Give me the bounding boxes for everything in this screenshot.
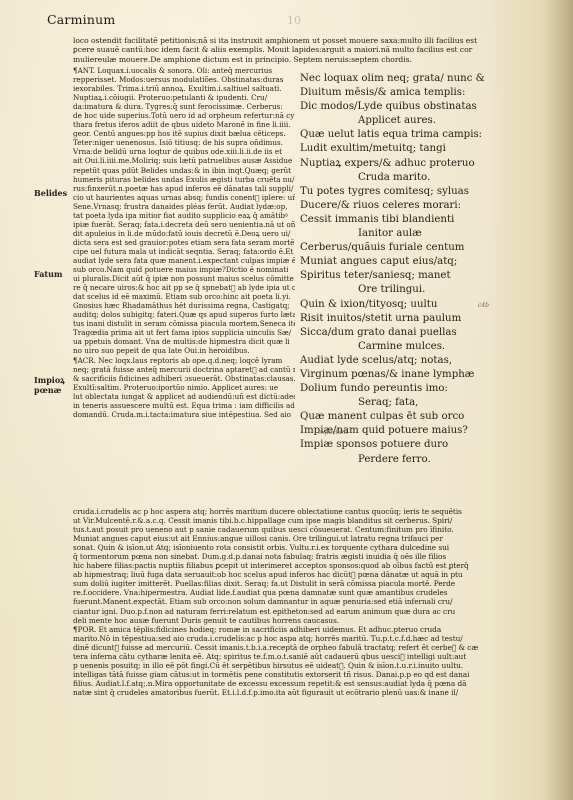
handwritten-annotation: expectant [318,429,348,436]
poem-verse: Muniat angues caput eius/atq; [300,255,540,269]
text-line: Nuptiaꝝ.i.cōiugii. Proteruo:petulanti & … [73,93,295,102]
poem-verse: Diuitum mēsis/& amica templis: [300,86,540,100]
text-line: Vrna:de belidū urna loqtur de quibus ode… [73,147,295,156]
text-line: deli mente hoc ausæ fuerunt Duris genuit… [73,616,505,625]
running-head: Carminum [47,12,115,27]
text-line: dit apuleius in li.de mūdo:fatū iouis de… [73,229,295,238]
gutter-shadow [545,0,573,800]
poem-verse: Dolium fundo pereuntis imo: [300,382,540,396]
poem-verse: Cruda marito. [300,171,540,185]
text-line: intelligas tātā fuisse giam cātus:ut in … [73,670,505,679]
text-line: ut Vir.Mulcentē.r.&.a.c.q. Cessit imanis… [73,516,505,525]
poem-verse: Perdere ferro. [300,453,540,467]
text-line: p uenenis posuitq; in illo eē pōt fingi.… [73,661,505,670]
text-line: dinē dicuntᷣ fuisse ad mercuriū. Cessit … [73,643,505,652]
text-line: q̄ tormentorum pœna non sinebat. Dum.g.d… [73,552,505,561]
text-line: iexorabiles. Trima.i.triū annoꝝ. Exultim… [73,84,295,93]
commentary-bottom-block: cruda.i.crudelis ac p hoc aspera atq; ho… [73,507,505,697]
text-line: sonat. Quin & isīon.ut Atq; isīoniuento … [73,543,505,552]
poem-verse: Quæ manent culpas ēt sub orco [300,410,540,424]
text-line: ¶POR. Et amica tēplis:fidicines hodieq; … [73,625,505,634]
text-line: filius. Audiat.l.f.atq;.n.Mira opportuni… [73,679,505,688]
text-line: sub orco.Nam quid potuere maius impiæ?Di… [73,265,295,274]
poem-verse: Impiæ sponsos potuere duro [300,438,540,452]
text-line: dat scelus id eē maximū. Etiam sub orco:… [73,292,295,301]
poem-verse: Applicet aures. [300,114,540,128]
text-line: ui pluralis.Dicit aūt q̄ ipiæ non possun… [73,274,295,283]
text-line: cio ut haurientes aquas urnas absq; fund… [73,193,295,202]
poem-verse: Ore trilingui. [300,283,540,297]
text-line: natæ sint q̄ crudeles amatoribus fuerūt.… [73,688,505,697]
text-line: dicta sera est sed grauior:potes etiam s… [73,238,295,247]
poem-verse: Spiritus teter/saniesq; manet [300,269,540,283]
text-line: da:imatura & dura. Tygres:q̄ sunt feroci… [73,102,295,111]
commentary-top-block: loco ostendit facilitatē petitionis:nā s… [73,36,505,64]
text-line: domandū. Cruda.m.i.tacta:imatura siue in… [73,410,295,419]
text-line: rus:finxerūt.n.poetæ has apud inferos eē… [73,184,295,193]
text-line: no uiro suo pepeit de qua late Oui.in he… [73,346,295,355]
text-line: Tragœdia prima ait ut fert fama ipios su… [73,328,295,337]
text-line: neq; gratā fuisse anteq̄ mercurii doctri… [73,365,295,374]
poem-verse: Risit inuitos/stetit urna paulum [300,312,540,326]
text-line: thara fretus iferos adiit de qbus uideto… [73,120,295,129]
text-line: marito.Nō in tēpestiua:sed aio cruda.i.c… [73,634,505,643]
poem-verse: Tu potes tygres comitesq; syluas [300,185,540,199]
text-line: & sacrificiis fidicines adhiberi ɔsueuer… [73,374,295,383]
text-line: ait Oui.li.iiii.me.Moliriq; suis lætū pa… [73,156,295,165]
marginal-note: Impioꝝ [34,376,65,385]
marginal-note: Belides [34,189,67,198]
poem-verse: Seraq; fata, [300,396,540,410]
text-line: Muniat angues caput eius:ut ait Ennius:a… [73,534,505,543]
commentary-left-column: ¶ANT. Loquax.i.uocalis & sonora. Oli: an… [73,66,295,419]
text-line: ¶ANT. Loquax.i.uocalis & sonora. Oli: an… [73,66,295,75]
text-line: loco ostendit facilitatē petitionis:nā s… [73,36,505,45]
text-line: Exultī:saltim. Proteruo:iportūo nimio. A… [73,383,295,392]
poem-text: Nec loquax olim neq; grata/ nunc &Diuitu… [300,72,540,467]
poem-verse: Cessit immanis tibi blandienti [300,213,540,227]
poem-verse: Sicca/dum grato danai puellas [300,326,540,340]
text-line: tus inani distulit in seram cōmissa piac… [73,319,295,328]
poem-verse: Dic modos/Lyde quibus obstinatas [300,100,540,114]
text-line: ipiæ fuerāt. Seraq; fata.i.decreta deū s… [73,220,295,229]
text-line: audiat lyde sera fata quæ manent.i.expec… [73,256,295,265]
text-line: ua ppetuis domant. Vna de multis:de hipm… [73,337,295,346]
text-line: ab hipmestraq; liuū fuga data seruauit:o… [73,570,505,579]
text-line: geor. Centū angues:pp hos itē supius dix… [73,129,295,138]
text-line: fuerunt.Manent.expectāt. Etiam sub orco:… [73,597,505,606]
text-line: sum doliū iugiter imitterēt. Puellas:fil… [73,579,505,588]
poem-verse: Ducere/& riuos celeres morari: [300,199,540,213]
book-page: Carminum 10 loco ostendit facilitatē pet… [0,0,573,800]
poem-verse: Ludit exultim/metuitq; tangi [300,142,540,156]
text-line: ꝑcere suauē cantū:hoc idem facit & aliis… [73,45,505,54]
text-line: auditq; dolos subigitq; fateri.Quæ qs ap… [73,310,295,319]
text-line: Sene.Vrnasq; frustra danaides pléas ferū… [73,202,295,211]
text-line: tat poeta lyda ipa mitior fiat audito su… [73,211,295,220]
text-line: tera inferna cātu cytharæ lenita eē. Atq… [73,652,505,661]
marginal-note: pœnæ [34,386,61,395]
poem-verse: Nec loquax olim neq; grata/ nunc & [300,72,540,86]
text-line: ciantur igni. Duo.p.f.non ad naturam fer… [73,607,505,616]
text-line: de hoc uide superius.Totū uero id ad orp… [73,111,295,120]
text-line: hic habere filias:pactis nuptiis filiabu… [73,561,505,570]
poem-verse: Nuptiaꝝ expers/& adhuc proteruo [300,157,540,171]
poem-verse: Ianitor aulæ [300,227,540,241]
marginal-note: Fatum [34,270,62,279]
text-line: Gnosius hæc Rhadamāthus hēt durissima re… [73,301,295,310]
text-line: lut oblectata iungat & applicet ad audie… [73,392,295,401]
text-line: repperisset. Modos:uersus modulatiões. O… [73,75,295,84]
poem-verse: Quæ uelut latis equa trima campis: [300,128,540,142]
text-line: muliereulæ mouere.De amphione dictum est… [73,55,505,64]
text-line: ¶ACR. Nec loqx.laus reptoris ab ope.q.d.… [73,356,295,365]
text-line: repetūt quas pdūt Belides undas:& in ibi… [73,166,295,175]
text-line: cipe uel futura mala ut indicāt seqntia.… [73,247,295,256]
handwritten-annotation: c4b [478,302,489,309]
text-line: in teneris assuescere multū est. Equa tr… [73,401,295,410]
text-line: re q̄ necare uiros:& hoc ait pp se q̄ sp… [73,283,295,292]
text-line: humeris pituras belides undas Exulis ægi… [73,175,295,184]
text-line: Teter:niger uenenosus. Isiō titiusq: de … [73,138,295,147]
poem-verse: Audiat lyde scelus/atq; notas, [300,354,540,368]
text-line: cruda.i.crudelis ac p hoc aspera atq; ho… [73,507,505,516]
text-line: tus.t.aut posuit pro ueneno aut p sanie … [73,525,505,534]
poem-verse: Carmine mulces. [300,340,540,354]
poem-verse: Quin & ixion/tityosq; uultu [300,298,540,312]
poem-verse: Cerberus/quãuis furiale centum [300,241,540,255]
folio-number-ghost: 10 [287,14,301,27]
text-line: re.f.occidere. Vna:hipermestra. Audiat l… [73,588,505,597]
poem-verse: Virginum pœnas/& inane lymphæ [300,368,540,382]
